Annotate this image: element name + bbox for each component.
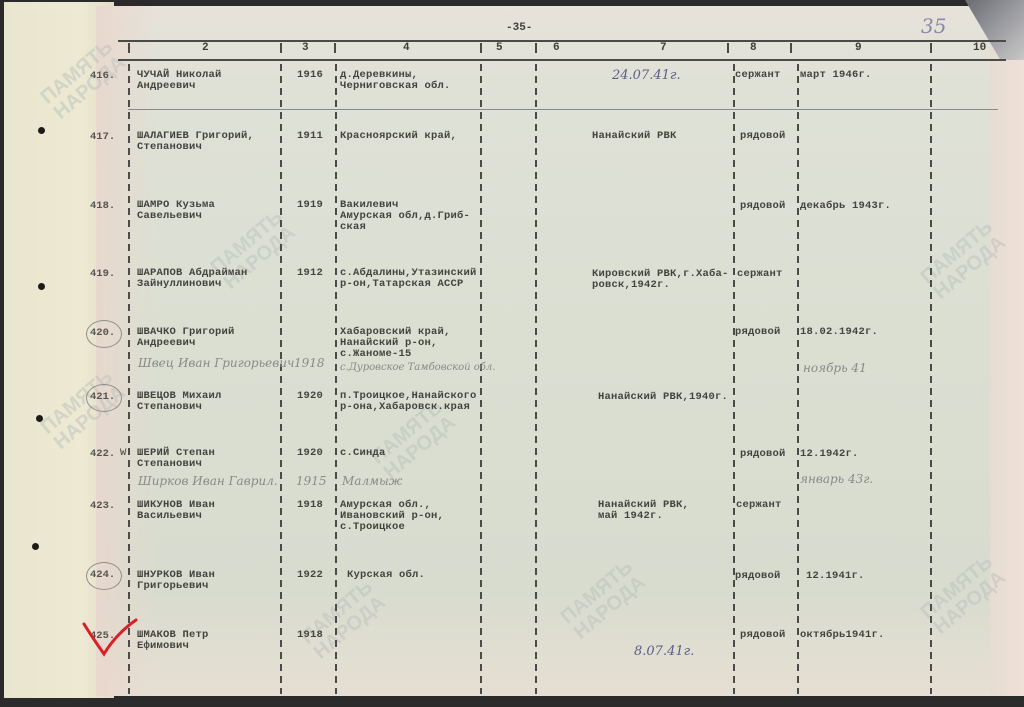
loss-date: 12.1941г. (806, 571, 865, 582)
handwritten-correction-place: Малмыж (342, 474, 402, 488)
loss-date: октябрь1941г. (800, 630, 885, 641)
birth-year: 1918 (297, 500, 323, 511)
rank: рядовой (735, 327, 781, 338)
soldier-patronymic: Андреевич (137, 338, 196, 349)
column-number: 5 (496, 42, 503, 54)
birth-year: 1922 (297, 570, 323, 581)
column-separator (930, 64, 932, 694)
soldier-patronymic: Савельевич (137, 211, 202, 222)
soldier-patronymic: Зайнуллинович (137, 279, 222, 290)
scanned-document-page: ПАМЯТЬ НАРОДА ПАМЯТЬ НАРОДА ПАМЯТЬ НАРОД… (0, 0, 1024, 707)
handwritten-correction-name: Швец Иван Григорьевич (138, 356, 294, 370)
column-number: 3 (302, 42, 309, 54)
soldier-patronymic: Ефимович (137, 641, 189, 652)
column-number: 9 (855, 42, 862, 54)
scan-border (0, 698, 1024, 707)
column-separator (280, 64, 282, 694)
enlistment-office: Нанайский РВК,1940г. (598, 392, 728, 403)
rank: рядовой (735, 571, 781, 582)
birthplace: ская (340, 222, 366, 233)
row-separator (128, 109, 998, 110)
header-divider (480, 43, 482, 53)
header-rule-bottom (118, 59, 1006, 61)
loss-date: декабрь 1943г. (800, 201, 891, 212)
header-divider (128, 43, 130, 53)
birth-year: 1918 (297, 630, 323, 641)
birth-year: 1911 (297, 131, 323, 142)
birthplace: Красноярский край, (340, 131, 457, 142)
soldier-patronymic: Степанович (137, 142, 202, 153)
handwritten-correction-year: 1915 (296, 474, 327, 488)
handwritten-date: 24.07.41г. (612, 68, 681, 83)
column-separator (480, 64, 482, 694)
header-divider (334, 43, 336, 53)
column-separator (535, 64, 537, 694)
column-separator (733, 64, 735, 694)
column-number: 6 (553, 42, 560, 54)
row-number: 422. (90, 448, 115, 460)
handwritten-correction-place: с.Дуровское Тамбовской обл. (340, 362, 495, 373)
rank: рядовой (740, 630, 786, 641)
rank: рядовой (740, 131, 786, 142)
handwritten-correction-date: январь 43г. (800, 472, 873, 486)
rank: сержант (735, 70, 781, 81)
birthplace: р-она,Хабаровск.края (340, 402, 470, 413)
handwritten-correction-date: ноябрь 41 (803, 361, 867, 375)
column-number: 10 (973, 42, 986, 54)
row-number: 424. (90, 569, 115, 581)
row-number: 421. (90, 391, 115, 403)
punch-hole (32, 543, 39, 550)
header-divider (280, 43, 282, 53)
row-number: 423. (90, 500, 115, 512)
punch-hole (38, 283, 45, 290)
handwritten-date: 8.07.41г. (634, 644, 694, 659)
page-number: -35- (506, 22, 532, 34)
header-divider (727, 43, 729, 53)
birth-year: 1920 (297, 391, 323, 402)
soldier-patronymic: Андреевич (137, 81, 196, 92)
birthplace: с.Троицкое (340, 522, 405, 533)
birthplace: с.Жаноме-15 (340, 349, 412, 360)
enlistment-office: Нанайский РВК (592, 131, 677, 142)
header-divider (790, 43, 792, 53)
birthplace: с.Синда (340, 448, 386, 459)
loss-date: 12.1942г. (800, 449, 859, 460)
header-rule-top (118, 40, 1006, 42)
handwritten-correction-name: Шиpков Иван Гаврил. (138, 474, 278, 488)
header-divider (535, 43, 537, 53)
column-number: 8 (750, 42, 757, 54)
soldier-patronymic: Степанович (137, 402, 202, 413)
birth-year: 1912 (297, 268, 323, 279)
handwritten-correction-year: 1918 (294, 356, 325, 370)
rank: рядовой (740, 449, 786, 460)
soldier-patronymic: Григорьевич (137, 581, 209, 592)
letter-w-mark: W (120, 448, 127, 459)
soldier-patronymic: Васильевич (137, 511, 202, 522)
column-separator (128, 64, 130, 694)
birthplace: р-он,Татарская АССР (340, 279, 464, 290)
birthplace: Курская обл. (347, 570, 425, 581)
birth-year: 1920 (297, 448, 323, 459)
soldier-patronymic: Степанович (137, 459, 202, 470)
row-number: 419. (90, 268, 115, 280)
loss-date: март 1946г. (800, 70, 872, 81)
row-number: 416. (90, 70, 115, 82)
column-number: 4 (403, 42, 410, 54)
loss-date: 18.02.1942г. (800, 327, 878, 338)
handwritten-page-number: 35 (921, 14, 946, 38)
red-checkmark-icon (82, 618, 138, 660)
enlistment-office: май 1942г. (598, 511, 663, 522)
row-number: 417. (90, 131, 115, 143)
row-number: 418. (90, 200, 115, 212)
rank: сержант (737, 269, 783, 280)
row-number: 420. (90, 327, 115, 339)
birth-year: 1919 (297, 200, 323, 211)
rank: рядовой (740, 201, 786, 212)
birthplace: Черниговская обл. (340, 81, 451, 92)
rank: сержант (736, 500, 782, 511)
column-number: 2 (202, 42, 209, 54)
enlistment-office: ровск,1942г. (592, 280, 670, 291)
birth-year: 1916 (297, 70, 323, 81)
column-separator (335, 64, 337, 694)
column-number: 7 (660, 42, 667, 54)
column-separator (797, 64, 799, 694)
punch-hole (38, 127, 45, 134)
header-divider (930, 43, 932, 53)
